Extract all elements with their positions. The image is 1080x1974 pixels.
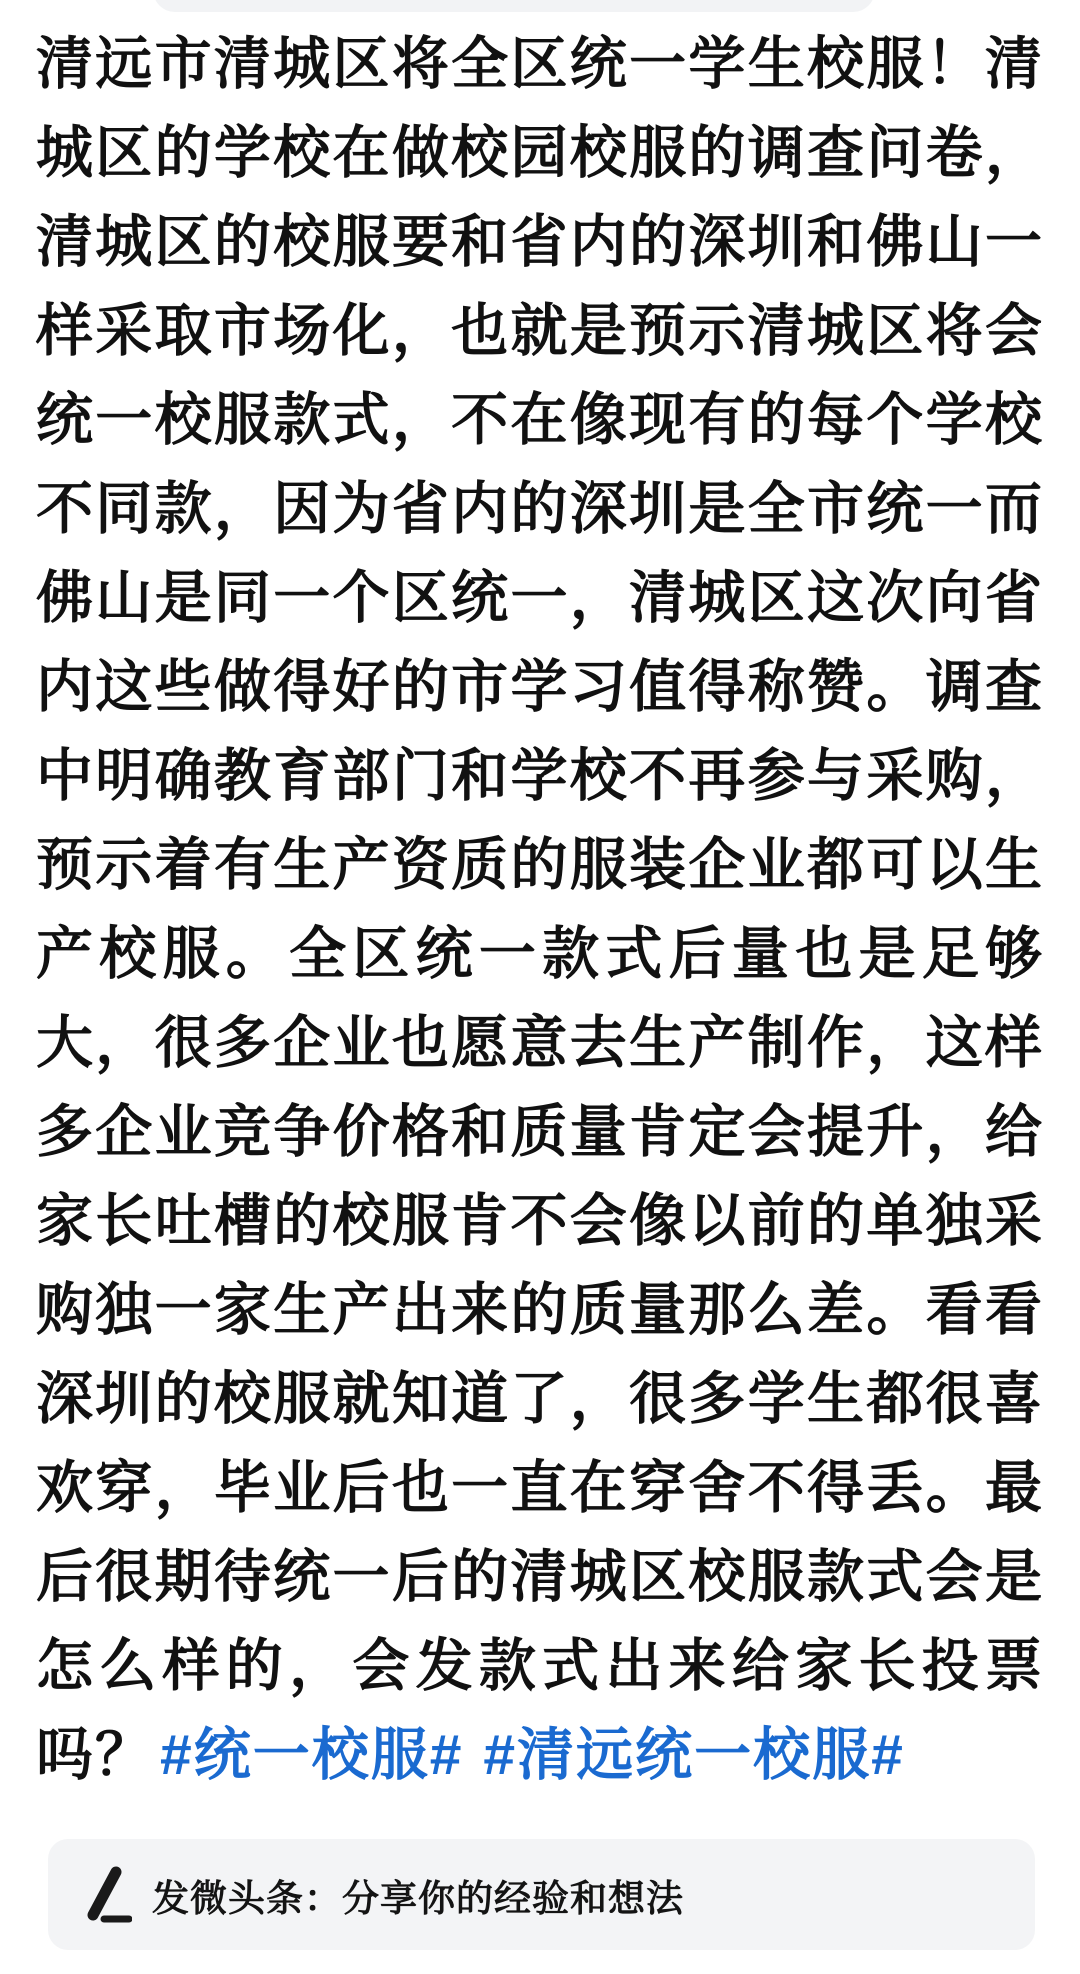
pen-icon <box>80 1866 132 1924</box>
post-page: 清远市清城区将全区统一学生校服！清城区的学校在做校园校服的调查问卷，清城区的校服… <box>0 0 1080 1974</box>
attachment-card-bottom[interactable] <box>153 0 875 12</box>
hashtag-link-qingyuan-unified-uniform[interactable]: #清远统一校服# <box>483 1723 904 1787</box>
composer-bar[interactable]: 发微头条：分享你的经验和想法 <box>48 1839 1035 1950</box>
post-text: 清远市清城区将全区统一学生校服！清城区的学校在做校园校服的调查问卷，清城区的校服… <box>36 32 1044 1787</box>
post-body: 清远市清城区将全区统一学生校服！清城区的学校在做校园校服的调查问卷，清城区的校服… <box>36 20 1044 1800</box>
hashtag-link-unified-uniform[interactable]: #统一校服# <box>160 1723 463 1787</box>
composer-label: 发微头条：分享你的经验和想法 <box>152 1868 684 1922</box>
